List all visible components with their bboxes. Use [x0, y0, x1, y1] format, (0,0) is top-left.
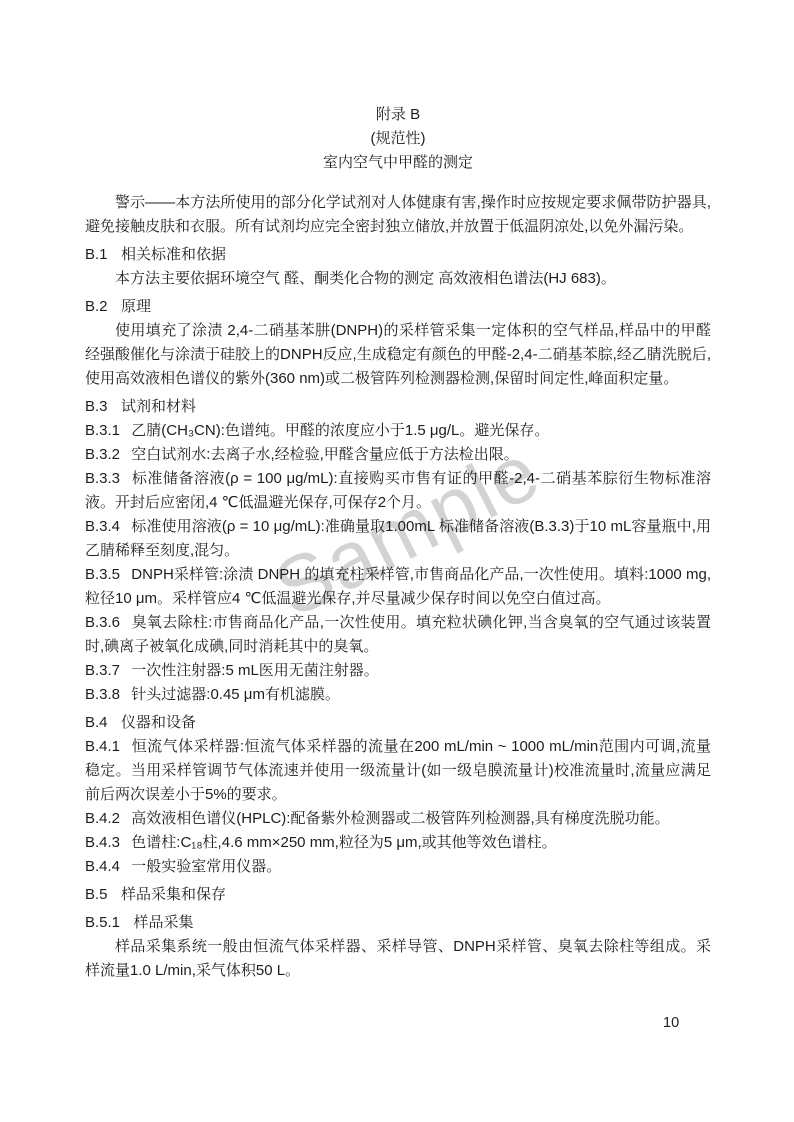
clause-b3-3: B.3.3标准储备溶液(ρ = 100 μg/mL):直接购买市售有证的甲醛-2… — [85, 467, 711, 515]
clause-b4-3: B.4.3色谱柱:C₁₈柱,4.6 mm×250 mm,粒径为5 μm,或其他等… — [85, 831, 711, 855]
section-title: 相关标准和依据 — [121, 246, 226, 263]
clause-text: 标准储备溶液(ρ = 100 μg/mL):直接购买市售有证的甲醛-2,4-二硝… — [85, 470, 711, 511]
section-heading-b5: B.5样品采集和保存 — [85, 883, 711, 907]
clause-b4-1: B.4.1恒流气体采样器:恒流气体采样器的流量在200 mL/min ~ 100… — [85, 735, 711, 807]
warning-paragraph: 警示——本方法所使用的部分化学试剂对人体健康有害,操作时应按规定要求佩带防护器具… — [85, 191, 711, 239]
clause-text: 标准使用溶液(ρ = 10 μg/mL):准确量取1.00mL 标准储备溶液(B… — [85, 518, 711, 559]
section-heading-b2: B.2原理 — [85, 295, 711, 319]
section-title: 原理 — [121, 298, 151, 315]
subsection-number: B.5.1 — [85, 914, 120, 931]
normative-label: (规范性) — [85, 127, 711, 151]
clause-number: B.3.7 — [85, 662, 120, 679]
clause-number: B.4.3 — [85, 834, 120, 851]
section-b1-paragraph: 本方法主要依据环境空气 醛、酮类化合物的测定 高效液相色谱法(HJ 683)。 — [85, 267, 711, 291]
page-number: 10 — [663, 1015, 679, 1031]
section-title: 试剂和材料 — [121, 398, 196, 415]
clause-number: B.3.1 — [85, 422, 120, 439]
clause-b3-6: B.3.6臭氧去除柱:市售商品化产品,一次性使用。填充粒状碘化钾,当含臭氧的空气… — [85, 611, 711, 659]
clause-b4-2: B.4.2高效液相色谱仪(HPLC):配备紫外检测器或二极管阵列检测器,具有梯度… — [85, 807, 711, 831]
clause-b3-1: B.3.1乙腈(CH₃CN):色谱纯。甲醛的浓度应小于1.5 μg/L。避光保存… — [85, 419, 711, 443]
section-heading-b3: B.3试剂和材料 — [85, 395, 711, 419]
clause-b3-8: B.3.8针头过滤器:0.45 μm有机滤膜。 — [85, 683, 711, 707]
clause-text: 臭氧去除柱:市售商品化产品,一次性使用。填充粒状碘化钾,当含臭氧的空气通过该装置… — [85, 614, 711, 655]
section-heading-b4: B.4仪器和设备 — [85, 711, 711, 735]
subsection-b5-1-paragraph: 样品采集系统一般由恒流气体采样器、采样导管、DNPH采样管、臭氧去除柱等组成。采… — [85, 935, 711, 983]
clause-b3-5: B.3.5DNPH采样管:涂渍 DNPH 的填充柱采样管,市售商品化产品,一次性… — [85, 563, 711, 611]
clause-b3-2: B.3.2空白试剂水:去离子水,经检验,甲醛含量应低于方法检出限。 — [85, 443, 711, 467]
section-number: B.4 — [85, 714, 108, 731]
clause-text: DNPH采样管:涂渍 DNPH 的填充柱采样管,市售商品化产品,一次性使用。填料… — [85, 566, 711, 607]
section-title: 仪器和设备 — [121, 714, 196, 731]
section-number: B.2 — [85, 298, 108, 315]
subsection-title: 样品采集 — [134, 914, 194, 931]
appendix-label: 附录 B — [85, 103, 711, 127]
document-content: 附录 B (规范性) 室内空气中甲醛的测定 警示——本方法所使用的部分化学试剂对… — [85, 103, 711, 983]
document-title: 室内空气中甲醛的测定 — [85, 151, 711, 175]
subsection-heading-b5-1: B.5.1样品采集 — [85, 911, 711, 935]
clause-text: 色谱柱:C₁₈柱,4.6 mm×250 mm,粒径为5 μm,或其他等效色谱柱。 — [131, 834, 556, 851]
section-number: B.1 — [85, 246, 108, 263]
clause-text: 恒流气体采样器:恒流气体采样器的流量在200 mL/min ~ 1000 mL/… — [85, 738, 711, 803]
clause-text: 高效液相色谱仪(HPLC):配备紫外检测器或二极管阵列检测器,具有梯度洗脱功能。 — [131, 810, 669, 827]
section-title: 样品采集和保存 — [121, 886, 226, 903]
clause-number: B.3.6 — [85, 614, 120, 631]
clause-number: B.4.2 — [85, 810, 120, 827]
clause-text: 乙腈(CH₃CN):色谱纯。甲醛的浓度应小于1.5 μg/L。避光保存。 — [131, 422, 549, 439]
clause-number: B.3.5 — [85, 566, 120, 583]
clause-text: 一次性注射器:5 mL医用无菌注射器。 — [131, 662, 379, 679]
clause-number: B.3.2 — [85, 446, 120, 463]
section-b2-paragraph: 使用填充了涂渍 2,4-二硝基苯肼(DNPH)的采样管采集一定体积的空气样品,样… — [85, 319, 711, 391]
clause-number: B.3.3 — [85, 470, 120, 487]
clause-number: B.4.1 — [85, 738, 120, 755]
clause-b3-4: B.3.4标准使用溶液(ρ = 10 μg/mL):准确量取1.00mL 标准储… — [85, 515, 711, 563]
section-heading-b1: B.1相关标准和依据 — [85, 243, 711, 267]
clause-number: B.3.4 — [85, 518, 120, 535]
clause-b4-4: B.4.4一般实验室常用仪器。 — [85, 855, 711, 879]
clause-text: 一般实验室常用仪器。 — [131, 858, 281, 875]
clause-text: 空白试剂水:去离子水,经检验,甲醛含量应低于方法检出限。 — [131, 446, 519, 463]
document-page: Sample 附录 B (规范性) 室内空气中甲醛的测定 警示——本方法所使用的… — [0, 0, 794, 1122]
clause-b3-7: B.3.7一次性注射器:5 mL医用无菌注射器。 — [85, 659, 711, 683]
clause-text: 针头过滤器:0.45 μm有机滤膜。 — [131, 686, 340, 703]
section-number: B.5 — [85, 886, 108, 903]
section-number: B.3 — [85, 398, 108, 415]
clause-number: B.4.4 — [85, 858, 120, 875]
clause-number: B.3.8 — [85, 686, 120, 703]
